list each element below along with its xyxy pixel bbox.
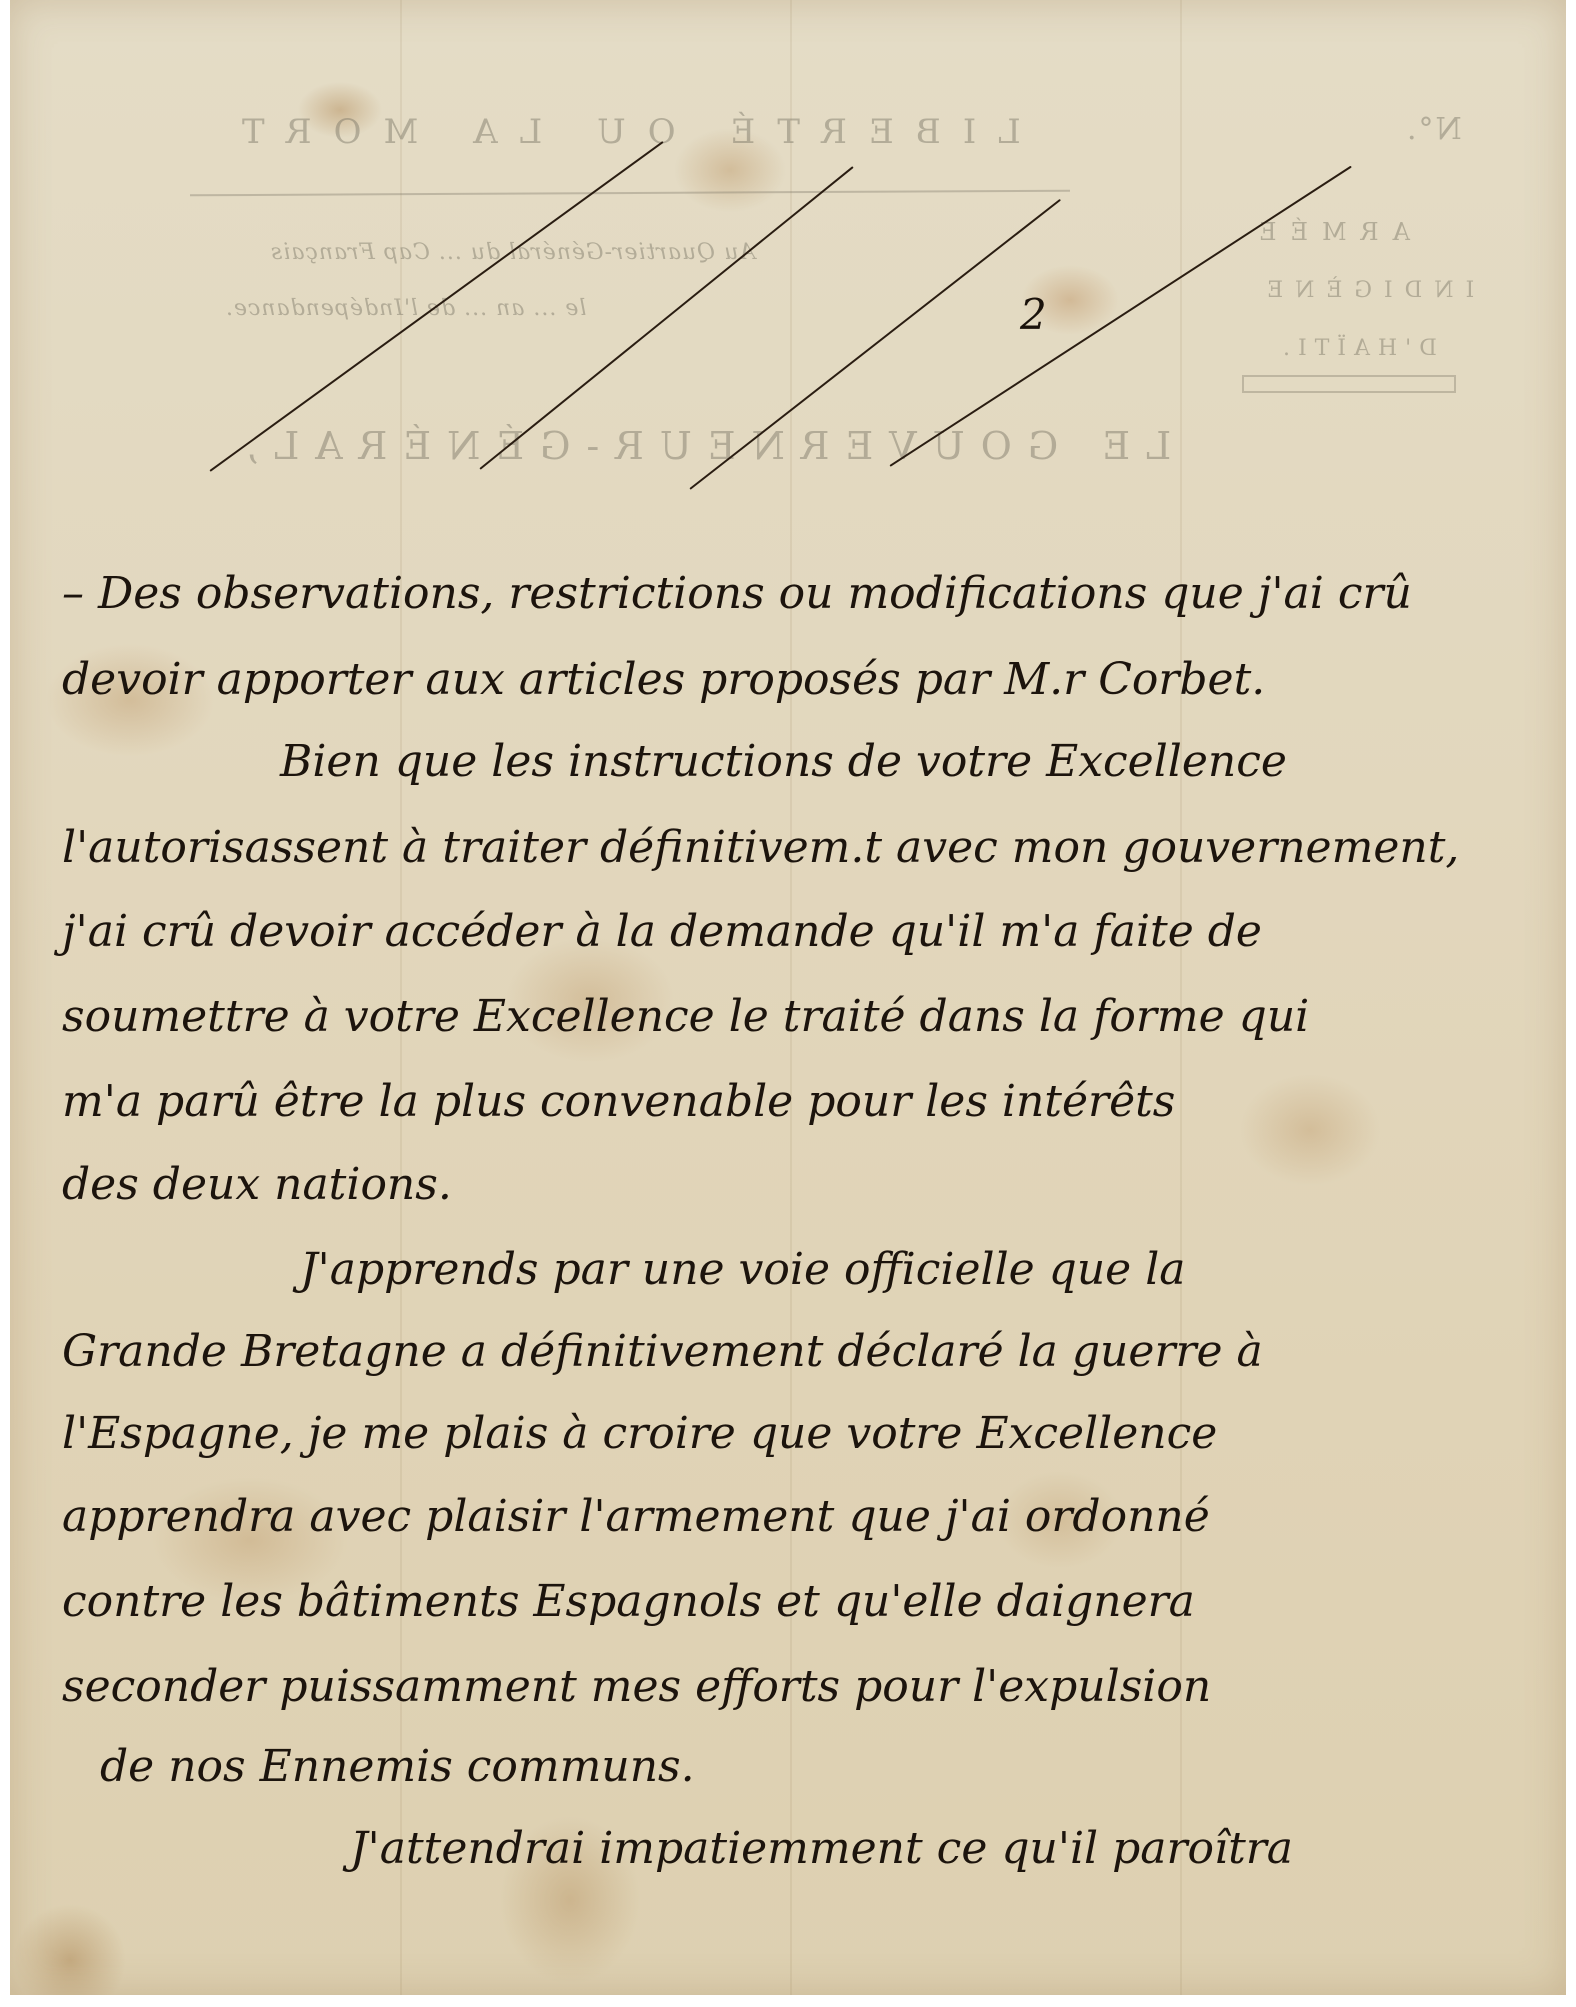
letterhead-motto: LIBERTÉ OU LA MORT: [220, 112, 1021, 152]
letterhead-army-line-1: ARMÉE: [1245, 218, 1410, 246]
folio-number: 2: [1020, 290, 1047, 339]
body-line: l'Espagne, je me plais à croire que votr…: [62, 1412, 1217, 1456]
body-line: seconder puissamment mes efforts pour l'…: [62, 1665, 1211, 1709]
body-line: devoir apporter aux articles proposés pa…: [62, 658, 1265, 702]
body-line: de nos Ennemis communs.: [100, 1745, 695, 1789]
body-line: J'apprends par une voie officielle que l…: [300, 1248, 1186, 1292]
letterhead-title: LE GOUVERNEUR-GÉNÉRAL,: [230, 424, 1171, 468]
body-line: l'autorisassent à traiter définitivem.t …: [62, 826, 1459, 870]
body-line: des deux nations.: [62, 1163, 452, 1207]
strike-through-stroke: [889, 166, 1351, 467]
letterhead-army-line-3: D'HAÏTI.: [1275, 336, 1437, 361]
letterhead-box: [1242, 375, 1456, 393]
letterhead-army-line-2: INDIGÈNE: [1255, 278, 1474, 303]
body-line: Grande Bretagne a définitivement déclaré…: [62, 1330, 1263, 1374]
body-line: m'a parû être la plus convenable pour le…: [62, 1080, 1175, 1124]
body-line: j'ai crû devoir accéder à la demande qu'…: [62, 910, 1262, 954]
body-line: – Des observations, restrictions ou modi…: [62, 572, 1412, 616]
body-line: soumettre à votre Excellence le traité d…: [62, 995, 1309, 1039]
letterhead-date-line: le ... an ... de l'Indépendance.: [225, 296, 586, 321]
letterhead-place-line: Au Quartier-Général du ... Cap Français: [270, 240, 755, 265]
letter-page: LIBERTÉ OU LA MORT N°. ARMÉE INDIGÈNE D'…: [10, 0, 1566, 1995]
letterhead-number-label: N°.: [1405, 112, 1462, 147]
body-line: Bien que les instructions de votre Excel…: [280, 740, 1287, 784]
letterhead-rule: [190, 190, 1070, 197]
body-line: J'attendrai impatiemment ce qu'il paroît…: [350, 1827, 1293, 1871]
body-line: apprendra avec plaisir l'armement que j'…: [62, 1495, 1210, 1539]
body-line: contre les bâtiments Espagnols et qu'ell…: [62, 1580, 1195, 1624]
